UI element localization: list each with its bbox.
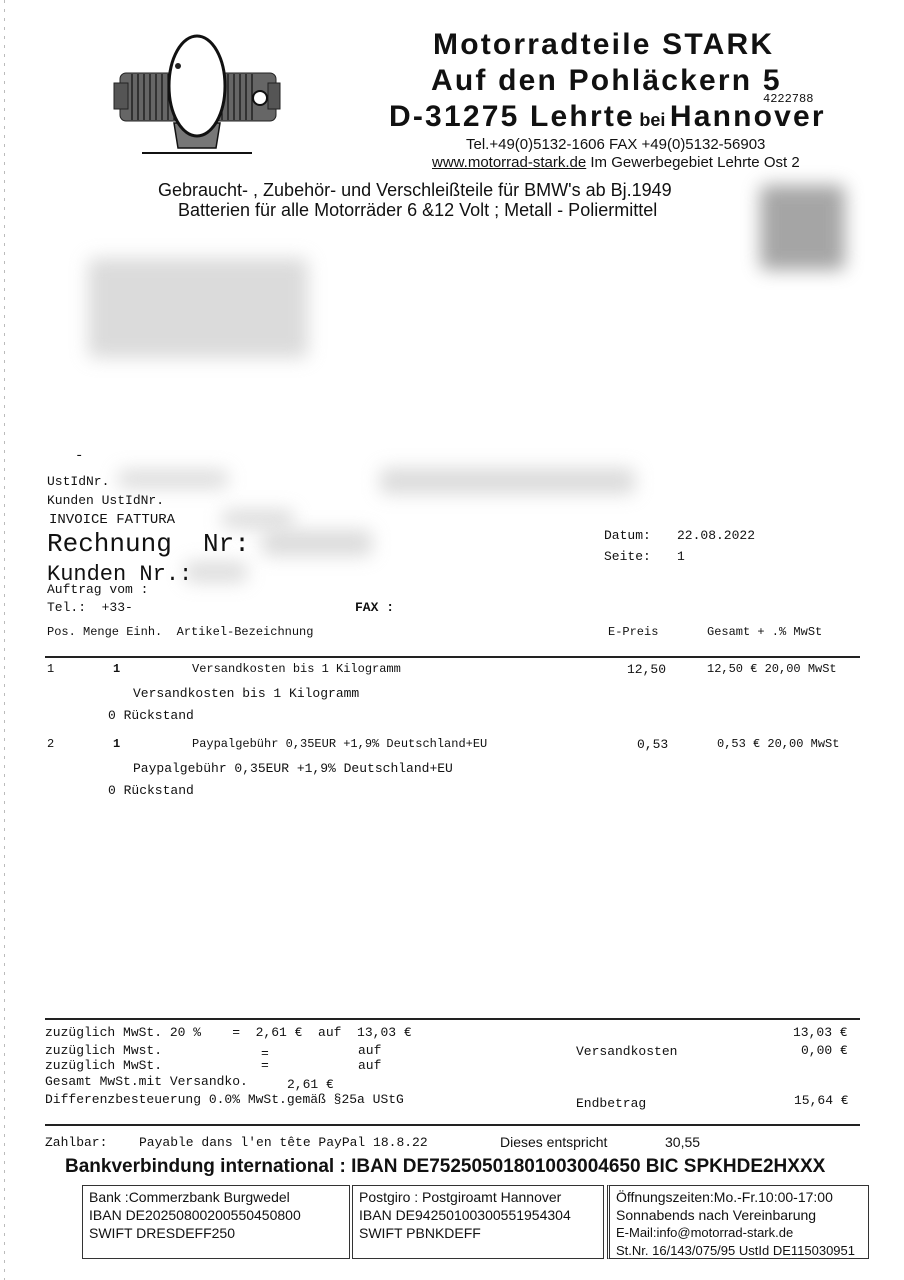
endbetrag-value: 15,64 €: [794, 1093, 849, 1108]
redacted-invoice-id: [222, 510, 294, 528]
row-detail: Versandkosten bis 1 Kilogramm: [133, 686, 359, 701]
ustidnr-label: UstIdNr.: [47, 474, 109, 489]
row-pos: 1: [47, 662, 54, 676]
seite-value: 1: [677, 549, 685, 564]
bank-box-postgiro: Postgiro : Postgiroamt Hannover IBAN DE9…: [352, 1185, 604, 1259]
row-rueckstand: 0 Rückstand: [108, 708, 194, 723]
row-gesamt: 12,50 € 20,00 MwSt: [707, 662, 837, 676]
row-pos: 2: [47, 737, 54, 751]
table-header-left: Pos. Menge Einh. Artikel-Bezeichnung: [47, 625, 313, 639]
row-menge: 1: [113, 662, 120, 676]
tagline-1: Gebraucht- , Zubehör- und Verschleißteil…: [158, 180, 672, 201]
tel-label: Tel.:: [47, 600, 86, 615]
company-city-bei: bei: [639, 110, 665, 130]
redacted-ustidnr: [118, 470, 228, 488]
company-city: D-31275 Lehrte: [389, 100, 635, 133]
zahlbar-label: Zahlbar:: [45, 1135, 107, 1150]
fax-label: FAX :: [355, 600, 394, 615]
table-header-epreis: E-Preis: [608, 625, 658, 639]
info-opening-hours: Öffnungszeiten:Mo.-Fr.10:00-17:00: [616, 1188, 862, 1206]
table-header-gesamt: Gesamt + .% MwSt: [707, 625, 822, 639]
bank1-line-2: IBAN DE20250800200550450800: [89, 1206, 343, 1224]
company-region: Hannover: [670, 100, 826, 133]
tel-row: Tel.: +33-: [47, 600, 133, 615]
versandkosten-value: 0,00 €: [801, 1043, 848, 1058]
differenzbesteuerung-note: Differenzbesteuerung 0.0% MwSt.gemäß §25…: [45, 1092, 404, 1107]
redacted-rechnung-nr: [262, 530, 372, 556]
rechnung-nr-label: Rechnung Nr:: [47, 529, 250, 559]
bank1-line-3: SWIFT DRESDEFF250: [89, 1224, 343, 1242]
company-address-line: www.motorrad-stark.de Im Gewerbegebiet L…: [432, 154, 800, 171]
endbetrag-label: Endbetrag: [576, 1096, 646, 1111]
bank-international: Bankverbindung international : IBAN DE75…: [65, 1156, 825, 1178]
datum-label: Datum:: [604, 528, 651, 543]
mwst-line-2-auf: auf: [358, 1043, 381, 1058]
payment-rule: [45, 1124, 860, 1126]
info-email[interactable]: E-Mail:info@motorrad-stark.de: [616, 1224, 862, 1242]
row-menge: 1: [113, 737, 120, 751]
auftrag-label: Auftrag vom :: [47, 582, 148, 597]
redacted-reference: [380, 468, 635, 494]
redacted-recipient-address: [88, 258, 308, 358]
dash-mark: -: [75, 448, 83, 464]
entspricht-value: 30,55: [665, 1134, 700, 1150]
totals-rule: [45, 1018, 860, 1020]
row-detail: Paypalgebühr 0,35EUR +1,9% Deutschland+E…: [133, 761, 453, 776]
company-city-line: D-31275 Lehrte bei Hannover: [389, 100, 826, 134]
seite-label: Seite:: [604, 549, 651, 564]
company-name: Motorradteile STARK: [433, 28, 774, 62]
bank-box-commerzbank: Bank :Commerzbank Burgwedel IBAN DE20250…: [82, 1185, 350, 1259]
company-contact: Tel.+49(0)5132-1606 FAX +49(0)5132-56903: [466, 136, 765, 153]
mwst-line-3-auf: auf: [358, 1058, 381, 1073]
invoice-fattura-label: INVOICE FATTURA: [49, 512, 175, 528]
row-bezeichnung: Versandkosten bis 1 Kilogramm: [192, 662, 401, 676]
row-epreis: 0,53: [637, 737, 668, 752]
bank2-line-1: Postgiro : Postgiroamt Hannover: [359, 1188, 597, 1206]
company-area: Im Gewerbegebiet Lehrte Ost 2: [590, 154, 799, 171]
table-header-rule: [45, 656, 860, 658]
tel-value: +33-: [102, 600, 133, 615]
versandkosten-label: Versandkosten: [576, 1044, 677, 1059]
kunden-ustidnr-label: Kunden UstIdNr.: [47, 493, 164, 508]
entspricht-label: Dieses entspricht: [500, 1134, 607, 1150]
bank2-line-2: IBAN DE94250100300551954304: [359, 1206, 597, 1224]
bank2-line-3: SWIFT PBNKDEFF: [359, 1224, 597, 1242]
row-gesamt: 0,53 € 20,00 MwSt: [717, 737, 839, 751]
datum-value: 22.08.2022: [677, 528, 755, 543]
mwst-line-3-eq: =: [261, 1058, 269, 1073]
gesamt-mwst-value: 2,61 €: [287, 1077, 334, 1092]
net-total-value: 13,03 €: [793, 1025, 848, 1040]
info-box: Öffnungszeiten:Mo.-Fr.10:00-17:00 Sonnab…: [607, 1185, 869, 1259]
mwst-line-3-label: zuzüglich MwSt.: [45, 1058, 162, 1073]
bank1-line-1: Bank :Commerzbank Burgwedel: [89, 1188, 343, 1206]
info-saturday: Sonnabends nach Vereinbarung: [616, 1206, 862, 1224]
company-website-link[interactable]: www.motorrad-stark.de: [432, 154, 586, 171]
boxer-engine-icon: [112, 28, 282, 158]
redacted-qr-code: [760, 185, 845, 270]
redacted-kunden-nr: [185, 562, 247, 582]
company-street: Auf den Pohläckern 5: [431, 64, 782, 98]
tagline-2: Batterien für alle Motorräder 6 &12 Volt…: [178, 200, 657, 221]
mwst-line-1: zuzüglich MwSt. 20 % = 2,61 € auf 13,03 …: [45, 1025, 412, 1040]
row-rueckstand: 0 Rückstand: [108, 783, 194, 798]
row-bezeichnung: Paypalgebühr 0,35EUR +1,9% Deutschland+E…: [192, 737, 487, 751]
mwst-line-2-label: zuzüglich Mwst.: [45, 1043, 162, 1058]
info-tax-numbers: St.Nr. 16/143/075/95 UstId DE115030951: [616, 1242, 862, 1260]
scan-edge: [4, 0, 5, 1280]
row-epreis: 12,50: [627, 662, 666, 677]
zahlbar-value: Payable dans l'en tête PayPal 18.8.22: [139, 1135, 428, 1150]
gesamt-mwst-label: Gesamt MwSt.mit Versandko.: [45, 1074, 248, 1089]
